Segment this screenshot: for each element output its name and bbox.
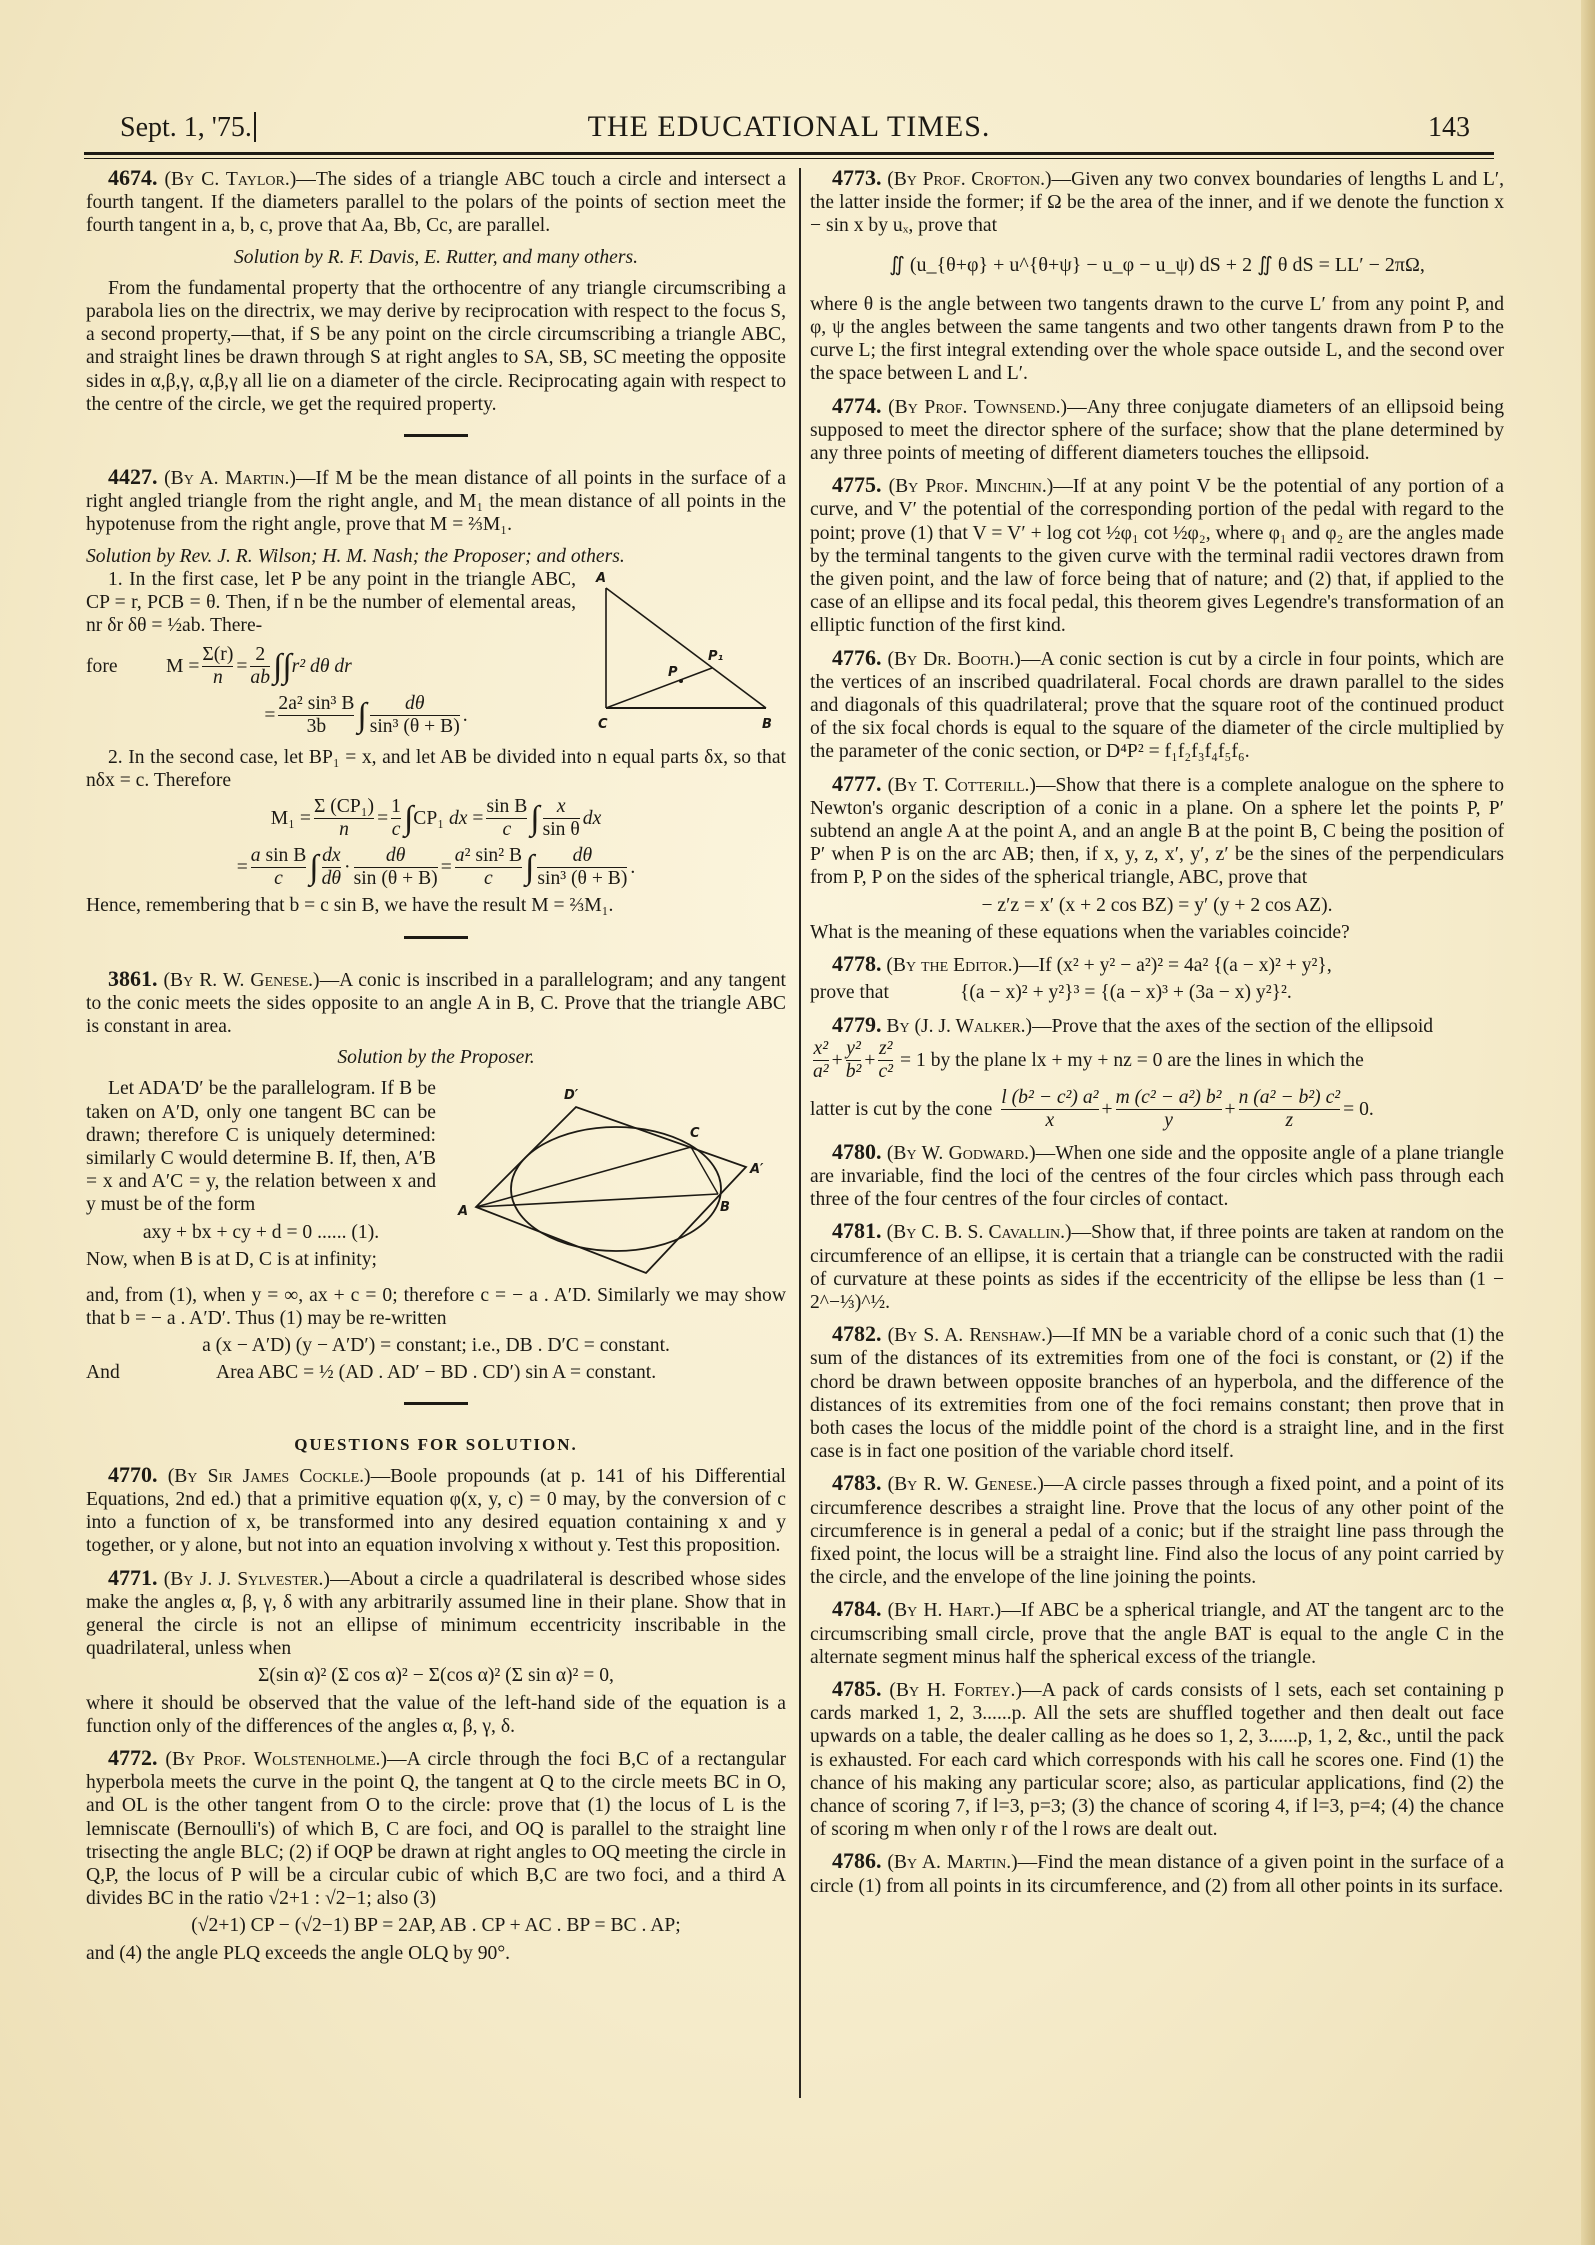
solution-text-cont: Now, when B is at D, C is at infinity; (86, 1248, 436, 1271)
svg-text:C: C (690, 1126, 700, 1141)
problem-author: (By R. W. Genese.) (164, 970, 320, 991)
section-divider (404, 434, 468, 437)
problem-text: —A circle through the foci B,C of a rect… (86, 1749, 786, 1909)
problem-author: (By R. W. Genese.) (888, 1474, 1044, 1495)
problem-number: 4776. (832, 645, 882, 670)
problem-author: (By C. B. S. Cavallin.) (887, 1222, 1072, 1243)
problem-4776: 4776. (By Dr. Booth.)—A conic section is… (810, 646, 1504, 764)
problem-author: (By the Editor.) (886, 955, 1019, 976)
svg-text:A: A (457, 1204, 468, 1219)
page-number: 143 (1428, 112, 1470, 144)
problem-number: 4782. (832, 1321, 882, 1346)
problem-4771: 4771. (By J. J. Sylvester.)—About a circ… (86, 1566, 786, 1738)
equation-M1: M₁ = Σ (CP₁)n= 1c ∫CP₁ dx = sin Bc ∫ xsi… (86, 796, 786, 841)
problem-number: 4781. (832, 1218, 882, 1243)
svg-text:P₁: P₁ (708, 649, 724, 664)
problem-number: 4775. (832, 472, 882, 497)
equation-M-result: = 2a² sin³ B3b ∫ dθsin³ (θ + B). (86, 693, 586, 738)
problem-text-cont: What is the meaning of these equations w… (810, 921, 1504, 944)
problem-4784: 4784. (By H. Hart.)—If ABC be a spherica… (810, 1597, 1504, 1669)
problem-author: (By T. Cotterill.) (888, 775, 1036, 796)
problem-author: (By A. Martin.) (164, 468, 296, 489)
problem-text-cont: where θ is the angle between two tangent… (810, 293, 1504, 386)
equation-2: a (x − A′D) (y − A′D′) = constant; i.e.,… (86, 1334, 786, 1357)
problem-number: 4780. (832, 1139, 882, 1164)
right-column: 4773. (By Prof. Crofton.)—Given any two … (810, 166, 1504, 1898)
problem-4779: 4779. By (J. J. Walker.)—Prove that the … (810, 1013, 1504, 1132)
problem-4782: 4782. (By S. A. Renshaw.)—If MN be a var… (810, 1322, 1504, 1463)
equation: (√2+1) CP − (√2−1) BP = 2AP, AB . CP + A… (86, 1914, 786, 1937)
problem-4775: 4775. (By Prof. Minchin.)—If at any poin… (810, 473, 1504, 637)
page-edge (1581, 0, 1595, 2245)
problem-number: 4785. (832, 1676, 882, 1701)
problem-author: By (J. J. Walker.) (886, 1016, 1032, 1037)
problem-author: (By C. Taylor.) (165, 169, 297, 190)
problem-number: 4427. (108, 464, 158, 489)
svg-text:A′: A′ (749, 1162, 764, 1177)
journal-title: THE EDUCATIONAL TIMES. (84, 110, 1494, 144)
problem-text-cont: where it should be observed that the val… (86, 1692, 786, 1738)
page-header: Sept. 1, '75. THE EDUCATIONAL TIMES. 143 (84, 108, 1494, 152)
problem-number: 4777. (832, 771, 882, 796)
problem-author: (By S. A. Renshaw.) (888, 1325, 1053, 1346)
equation-3: AndArea ABC = ½ (AD . AD′ − BD . CD′) si… (86, 1361, 786, 1384)
equation: prove that{(a − x)² + y²}³ = {(a − x)³ +… (810, 981, 1504, 1004)
solution-credit: Solution by R. F. Davis, E. Rutter, and … (86, 246, 786, 269)
problem-number: 4779. (832, 1012, 882, 1037)
problem-4773: 4773. (By Prof. Crofton.)—Given any two … (810, 166, 1504, 386)
problem-number: 4772. (108, 1745, 158, 1770)
column-divider (799, 168, 801, 2098)
solution-credit: Solution by Rev. J. R. Wilson; H. M. Nas… (86, 545, 786, 568)
problem-number: 4770. (108, 1462, 158, 1487)
problem-number: 4783. (832, 1470, 882, 1495)
svg-text:B: B (762, 717, 772, 732)
problem-4781: 4781. (By C. B. S. Cavallin.)—Show that,… (810, 1219, 1504, 1314)
cone-equation: latter is cut by the cone l (b² − c²) a²… (810, 1087, 1504, 1132)
svg-text:P: P (668, 665, 678, 680)
problem-number: 4773. (832, 165, 882, 190)
problem-author: (By Prof. Townsend.) (888, 397, 1067, 418)
left-column: 4674. (By C. Taylor.)—The sides of a tri… (86, 166, 786, 1965)
section-heading: QUESTIONS FOR SOLUTION. (86, 1433, 786, 1456)
svg-text:A: A (595, 571, 606, 586)
problem-author: (By J. J. Sylvester.) (164, 1569, 330, 1590)
problem-text: —A pack of cards consists of l sets, eac… (810, 1680, 1504, 1840)
problem-3861: 3861. (By R. W. Genese.)—A conic is insc… (86, 967, 786, 1385)
problem-author: (By H. Hart.) (888, 1600, 1002, 1621)
solution-text-cont: and, from (1), when y = ∞, ax + c = 0; t… (86, 1284, 786, 1330)
equation-M: fore M = Σ(r)n = 2ab ∫∫ r² dθ dr (86, 644, 586, 689)
equation-M1-result: = a sin Bc ∫ dxdθ· dθsin (θ + B)= a² sin… (86, 845, 786, 890)
equation: − z′z = x′ (x + 2 cos BZ) = y′ (y + 2 co… (810, 894, 1504, 917)
problem-text: —Prove that the axes of the section of t… (1032, 1016, 1433, 1037)
problem-4777: 4777. (By T. Cotterill.)—Show that there… (810, 772, 1504, 944)
problem-text-cont: and (4) the angle PLQ exceeds the angle … (86, 1942, 786, 1965)
section-divider (404, 936, 468, 939)
problem-4770: 4770. (By Sir James Cockle.)—Boole propo… (86, 1463, 786, 1558)
problem-number: 4774. (832, 393, 882, 418)
problem-text: —If at any point V be the potential of a… (810, 476, 1504, 636)
problem-4785: 4785. (By H. Fortey.)—A pack of cards co… (810, 1677, 1504, 1841)
ellipsoid-equation: x²a²+ y²b²+ z²c² = 1 by the plane lx + m… (810, 1038, 1504, 1083)
svg-text:D: D (636, 1276, 647, 1277)
problem-author: (By Sir James Cockle.) (168, 1466, 371, 1487)
problem-number: 3861. (108, 966, 158, 991)
solution-case-1: 1. In the first case, let P be any point… (86, 568, 576, 638)
svg-text:C: C (598, 717, 608, 732)
problem-number: 4674. (108, 165, 158, 190)
problem-4772: 4772. (By Prof. Wolstenholme.)—A circle … (86, 1746, 786, 1965)
problem-author: (By Prof. Wolstenholme.) (165, 1749, 387, 1770)
solution-case-2: 2. In the second case, let BP₁ = x, and … (86, 746, 786, 792)
problem-number: 4784. (832, 1596, 882, 1621)
problem-text: —If (x² + y² − a²)² = 4a² {(a − x)² + y²… (1019, 955, 1332, 976)
solution-credit: Solution by the Proposer. (86, 1046, 786, 1069)
problem-author: (By A. Martin.) (887, 1852, 1017, 1873)
section-divider (404, 1402, 468, 1405)
problem-4774: 4774. (By Prof. Townsend.)—Any three con… (810, 394, 1504, 466)
problem-number: 4771. (108, 1565, 158, 1590)
problem-4674: 4674. (By C. Taylor.)—The sides of a tri… (86, 166, 786, 416)
problem-author: (By W. Godward.) (887, 1143, 1036, 1164)
equation: ∬ (u_{θ+φ} + u^{θ+ψ} − u_φ − u_ψ) dS + 2… (810, 254, 1504, 277)
equation-1: axy + bx + cy + d = 0 ...... (1). (86, 1221, 436, 1244)
problem-author: (By Prof. Minchin.) (889, 476, 1054, 497)
right-triangle-figure: A P P₁ C B (576, 568, 786, 744)
parallelogram-conic-figure: D′ C A′ A B D (446, 1077, 786, 1283)
problem-author: (By Dr. Booth.) (887, 649, 1020, 670)
problem-author: (By H. Fortey.) (889, 1680, 1022, 1701)
svg-text:D′: D′ (564, 1088, 579, 1103)
problem-4786: 4786. (By A. Martin.)—Find the mean dist… (810, 1849, 1504, 1897)
problem-4427: 4427. (By A. Martin.)—If M be the mean d… (86, 465, 786, 918)
solution-result: Hence, remembering that b = c sin B, we … (86, 894, 786, 917)
equation: Σ(sin α)² (Σ cos α)² − Σ(cos α)² (Σ sin … (86, 1664, 786, 1687)
header-rule (84, 152, 1494, 155)
solution-text: Let ADA′D′ be the parallelogram. If B be… (86, 1077, 436, 1216)
problem-author: (By Prof. Crofton.) (887, 169, 1051, 190)
problem-4780: 4780. (By W. Godward.)—When one side and… (810, 1140, 1504, 1212)
problem-4778: 4778. (By the Editor.)—If (x² + y² − a²)… (810, 952, 1504, 1004)
solution-text: From the fundamental property that the o… (86, 277, 786, 416)
problem-number: 4778. (832, 951, 882, 976)
problem-4783: 4783. (By R. W. Genese.)—A circle passes… (810, 1471, 1504, 1589)
problem-number: 4786. (832, 1848, 882, 1873)
header-rule-thin (84, 158, 1494, 159)
svg-text:B: B (720, 1200, 730, 1215)
